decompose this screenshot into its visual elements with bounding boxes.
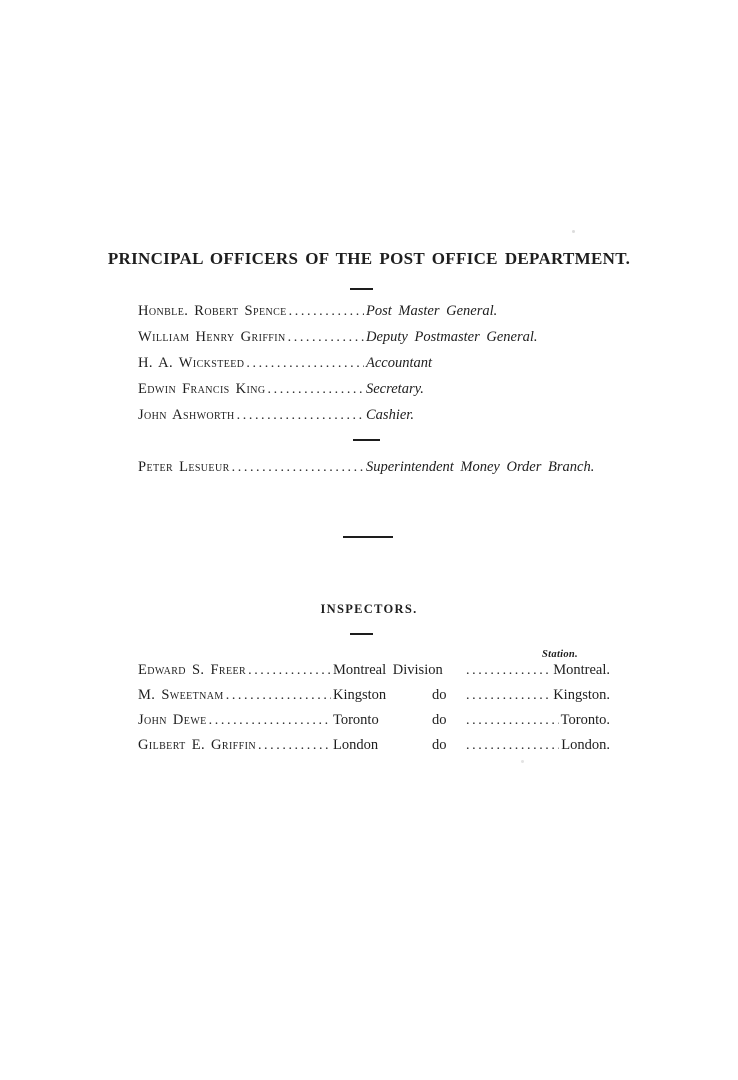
dot-leader: ........................................… — [258, 738, 331, 754]
officer-row: Edwin Francis King .....................… — [138, 381, 590, 407]
dot-leader: ........................................… — [466, 688, 551, 704]
division-name: Toronto — [333, 712, 379, 728]
inspector-name-cell: Gilbert E. Griffin .....................… — [138, 737, 333, 754]
dot-leader: ........................................… — [248, 663, 331, 679]
officer-name-cell: William Henry Griffin ..................… — [138, 329, 366, 346]
inspector-station: Toronto. — [561, 712, 610, 729]
officer-row: William Henry Griffin ..................… — [138, 329, 590, 355]
ditto-mark: do — [432, 737, 447, 754]
officer-title: Post Master General. — [366, 303, 497, 320]
officer-name-cell: John Ashworth ..........................… — [138, 407, 366, 424]
inspector-station: London. — [561, 737, 610, 754]
scanned-page: PRINCIPAL OFFICERS OF THE POST OFFICE DE… — [0, 0, 738, 1080]
dot-leader: ........................................… — [232, 460, 364, 476]
dot-leader: ........................................… — [466, 713, 559, 729]
dot-leader: ........................................… — [288, 330, 364, 346]
inspector-row: John Dewe ..............................… — [138, 712, 610, 737]
officer-name: Edwin Francis King — [138, 381, 266, 398]
inspector-station: Kingston. — [553, 687, 610, 704]
inspectors-heading: INSPECTORS. — [0, 602, 738, 617]
dot-leader: ........................................… — [268, 382, 364, 398]
officer-name-cell: Edwin Francis King .....................… — [138, 381, 366, 398]
officer-row: John Ashworth ..........................… — [138, 407, 590, 433]
division-name: London — [333, 737, 378, 753]
inspector-division: London do — [333, 737, 464, 754]
dot-leader: ........................................… — [289, 304, 364, 320]
dot-leader: ........................................… — [209, 713, 331, 729]
inspector-name: John Dewe — [138, 712, 207, 729]
dot-leader: ........................................… — [466, 663, 551, 679]
station-column-header: Station. — [138, 649, 578, 660]
section-rule — [350, 633, 373, 635]
superintendent-row: Peter Lesueur ..........................… — [138, 459, 590, 485]
inspector-name-cell: Edward S. Freer ........................… — [138, 662, 333, 679]
officer-title: Cashier. — [366, 407, 414, 424]
ditto-mark: do — [432, 687, 447, 704]
inspector-division: Kingston do — [333, 687, 464, 704]
division-name: Montreal Division — [333, 662, 443, 678]
officer-name: John Ashworth — [138, 407, 235, 424]
inspector-name: Edward S. Freer — [138, 662, 246, 679]
officer-row: Honble. Robert Spence ..................… — [138, 303, 590, 329]
division-name: Kingston — [333, 687, 386, 703]
section-rule — [343, 536, 393, 538]
officers-list: Honble. Robert Spence ..................… — [138, 303, 590, 433]
officer-name-cell: Honble. Robert Spence ..................… — [138, 303, 366, 320]
officer-name-cell: Peter Lesueur ..........................… — [138, 459, 366, 476]
section-rule — [350, 288, 373, 290]
inspector-name: Gilbert E. Griffin — [138, 737, 256, 754]
officer-name: H. A. Wicksteed — [138, 355, 244, 372]
officer-row: Peter Lesueur ..........................… — [138, 459, 590, 485]
inspector-station: Montreal. — [553, 662, 610, 679]
inspector-row: Edward S. Freer ........................… — [138, 662, 610, 687]
inspector-name-cell: John Dewe ..............................… — [138, 712, 333, 729]
ditto-mark: do — [432, 712, 447, 729]
dot-leader: ........................................… — [237, 408, 364, 424]
inspector-name: M. Sweetnam — [138, 687, 224, 704]
officer-title: Accountant — [366, 355, 432, 372]
superintendent-name: Peter Lesueur — [138, 459, 230, 476]
inspectors-table: Edward S. Freer ........................… — [138, 662, 610, 762]
superintendent-title: Superintendent Money Order Branch. — [366, 459, 594, 476]
scan-speck — [572, 230, 575, 233]
inspector-row: Gilbert E. Griffin .....................… — [138, 737, 610, 762]
inspector-name-cell: M. Sweetnam ............................… — [138, 687, 333, 704]
inspector-division: Montreal Division — [333, 662, 464, 679]
officer-name-cell: H. A. Wicksteed ........................… — [138, 355, 366, 372]
officer-title: Deputy Postmaster General. — [366, 329, 538, 346]
inspector-division: Toronto do — [333, 712, 464, 729]
dot-leader: ........................................… — [246, 356, 364, 372]
section-rule — [353, 439, 380, 441]
officer-row: H. A. Wicksteed ........................… — [138, 355, 590, 381]
officer-name: William Henry Griffin — [138, 329, 286, 346]
officer-name: Honble. Robert Spence — [138, 303, 287, 320]
dot-leader: ........................................… — [466, 738, 559, 754]
dot-leader: ........................................… — [226, 688, 331, 704]
officer-title: Secretary. — [366, 381, 424, 398]
inspector-row: M. Sweetnam ............................… — [138, 687, 610, 712]
page-title: PRINCIPAL OFFICERS OF THE POST OFFICE DE… — [0, 249, 738, 269]
